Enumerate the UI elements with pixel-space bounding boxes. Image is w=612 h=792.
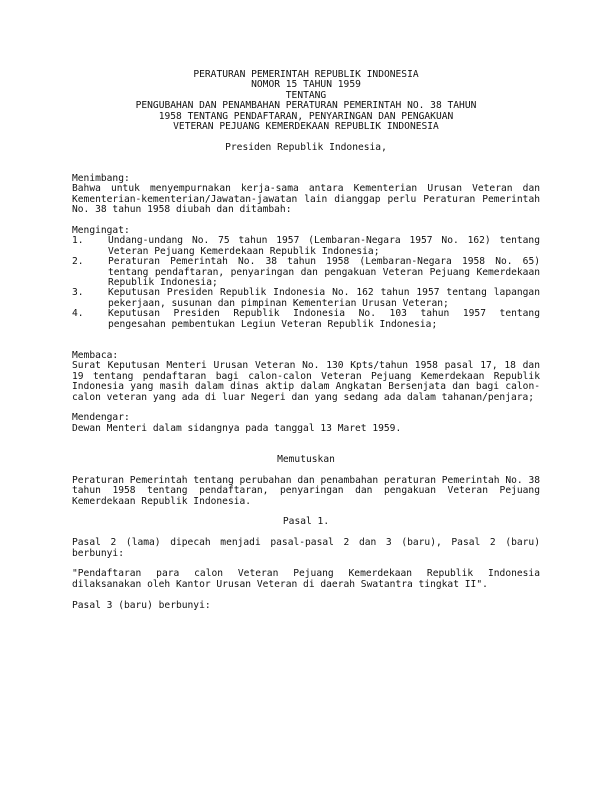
list-item-number: 3.: [72, 288, 84, 298]
list-item: 1. Undang-undang No. 75 tahun 1957 (Lemb…: [72, 236, 540, 257]
list-item: 4. Keputusan Presiden Republik Indonesia…: [72, 309, 540, 330]
list-item-number: 2.: [72, 257, 84, 267]
list-item-number: 1.: [72, 236, 84, 246]
president-heading: Presiden Republik Indonesia,: [72, 143, 540, 153]
mengingat-list: 1. Undang-undang No. 75 tahun 1957 (Lemb…: [72, 236, 540, 330]
section-mendengar: Mendengar: Dewan Menteri dalam sidangnya…: [72, 413, 540, 434]
memutuskan-heading: Memutuskan: [72, 455, 540, 465]
section-text: Dewan Menteri dalam sidangnya pada tangg…: [72, 424, 540, 434]
pasal-3-intro: Pasal 3 (baru) berbunyi:: [72, 601, 540, 611]
list-item: 2. Peraturan Pemerintah No. 38 tahun 195…: [72, 257, 540, 288]
list-item-text: Keputusan Presiden Republik Indonesia No…: [108, 287, 540, 308]
document-page: PERATURAN PEMERINTAH REPUBLIK INDONESIA …: [72, 70, 540, 611]
memutuskan-text: Peraturan Pemerintah tentang perubahan d…: [72, 476, 540, 507]
list-item: 3. Keputusan Presiden Republik Indonesia…: [72, 288, 540, 309]
title-line: VETERAN PEJUANG KEMERDEKAAN REPUBLIK IND…: [72, 122, 540, 132]
list-item-text: Peraturan Pemerintah No. 38 tahun 1958 (…: [108, 256, 540, 288]
list-item-number: 4.: [72, 309, 84, 319]
section-menimbang: Menimbang: Bahwa untuk menyempurnakan ke…: [72, 174, 540, 216]
section-membaca: Membaca: Surat Keputusan Menteri Urusan …: [72, 351, 540, 403]
document-title: PERATURAN PEMERINTAH REPUBLIK INDONESIA …: [72, 70, 540, 132]
pasal-1-intro: Pasal 2 (lama) dipecah menjadi pasal-pas…: [72, 538, 540, 559]
list-item-text: Keputusan Presiden Republik Indonesia No…: [108, 308, 540, 329]
pasal-1-heading: Pasal 1.: [72, 517, 540, 527]
section-text: Surat Keputusan Menteri Urusan Veteran N…: [72, 361, 540, 403]
section-mengingat: Mengingat: 1. Undang-undang No. 75 tahun…: [72, 226, 540, 330]
pasal-2-quote: "Pendaftaran para calon Veteran Pejuang …: [72, 569, 540, 590]
section-text: Bahwa untuk menyempurnakan kerja-sama an…: [72, 184, 540, 215]
list-item-text: Undang-undang No. 75 tahun 1957 (Lembara…: [108, 235, 540, 256]
